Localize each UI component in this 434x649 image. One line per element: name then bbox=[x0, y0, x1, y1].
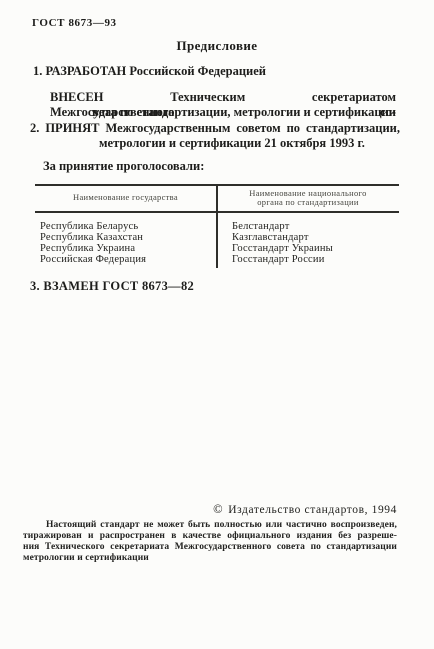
table-row-org: Госстандарт России bbox=[232, 254, 325, 265]
table-column-divider bbox=[216, 184, 218, 268]
doc-number: ГОСТ 8673—93 bbox=[32, 17, 117, 29]
page-title: Предисловие bbox=[0, 38, 434, 54]
table-row-org: Госстандарт Украины bbox=[232, 243, 333, 254]
foreword-item-replaces: 3. ВЗАМЕН ГОСТ 8673—82 bbox=[30, 279, 194, 294]
reproduction-notice-line-4: метрологии и сертификации bbox=[23, 553, 149, 563]
document-page: ГОСТ 8673—93 Предисловие 1. РАЗРАБОТАН Р… bbox=[0, 0, 434, 649]
table-row-org: Белстандарт bbox=[232, 221, 290, 232]
table-row-state: Республика Казахстан bbox=[40, 232, 143, 243]
table-header-state: Наименование государства bbox=[35, 192, 216, 202]
foreword-item-adopted-line-2: метрологии и сертификации 21 октября 199… bbox=[99, 136, 365, 151]
foreword-item-adopted-line-1: 2. ПРИНЯТ Межгосударственным советом по … bbox=[30, 121, 400, 136]
reproduction-notice-line-3: ния Технического секретариата Межгосудар… bbox=[23, 542, 397, 552]
reproduction-notice-line-2: тиражирован и распространен в качестве о… bbox=[23, 531, 397, 541]
table-row-org: Казглавстандарт bbox=[232, 232, 309, 243]
copyright-line: ©Издательство стандартов, 1994 bbox=[213, 502, 397, 517]
copyright-icon: © bbox=[213, 502, 223, 516]
copyright-text: Издательство стандартов, 1994 bbox=[228, 504, 397, 516]
table-row-state: Республика Беларусь bbox=[40, 221, 138, 232]
vote-intro-label: За принятие проголосовали: bbox=[43, 159, 204, 174]
table-row-state: Республика Украина bbox=[40, 243, 135, 254]
table-header-org-line-2: органа по стандартизации bbox=[217, 197, 399, 207]
reproduction-notice-line-1: Настоящий стандарт не может быть полност… bbox=[46, 520, 397, 530]
foreword-item-developed: 1. РАЗРАБОТАН Российской Федерацией bbox=[33, 64, 266, 79]
table-row-state: Российская Федерация bbox=[40, 254, 146, 265]
foreword-submitted-line-2: вета по стандартизации, метрологии и сер… bbox=[92, 105, 396, 120]
